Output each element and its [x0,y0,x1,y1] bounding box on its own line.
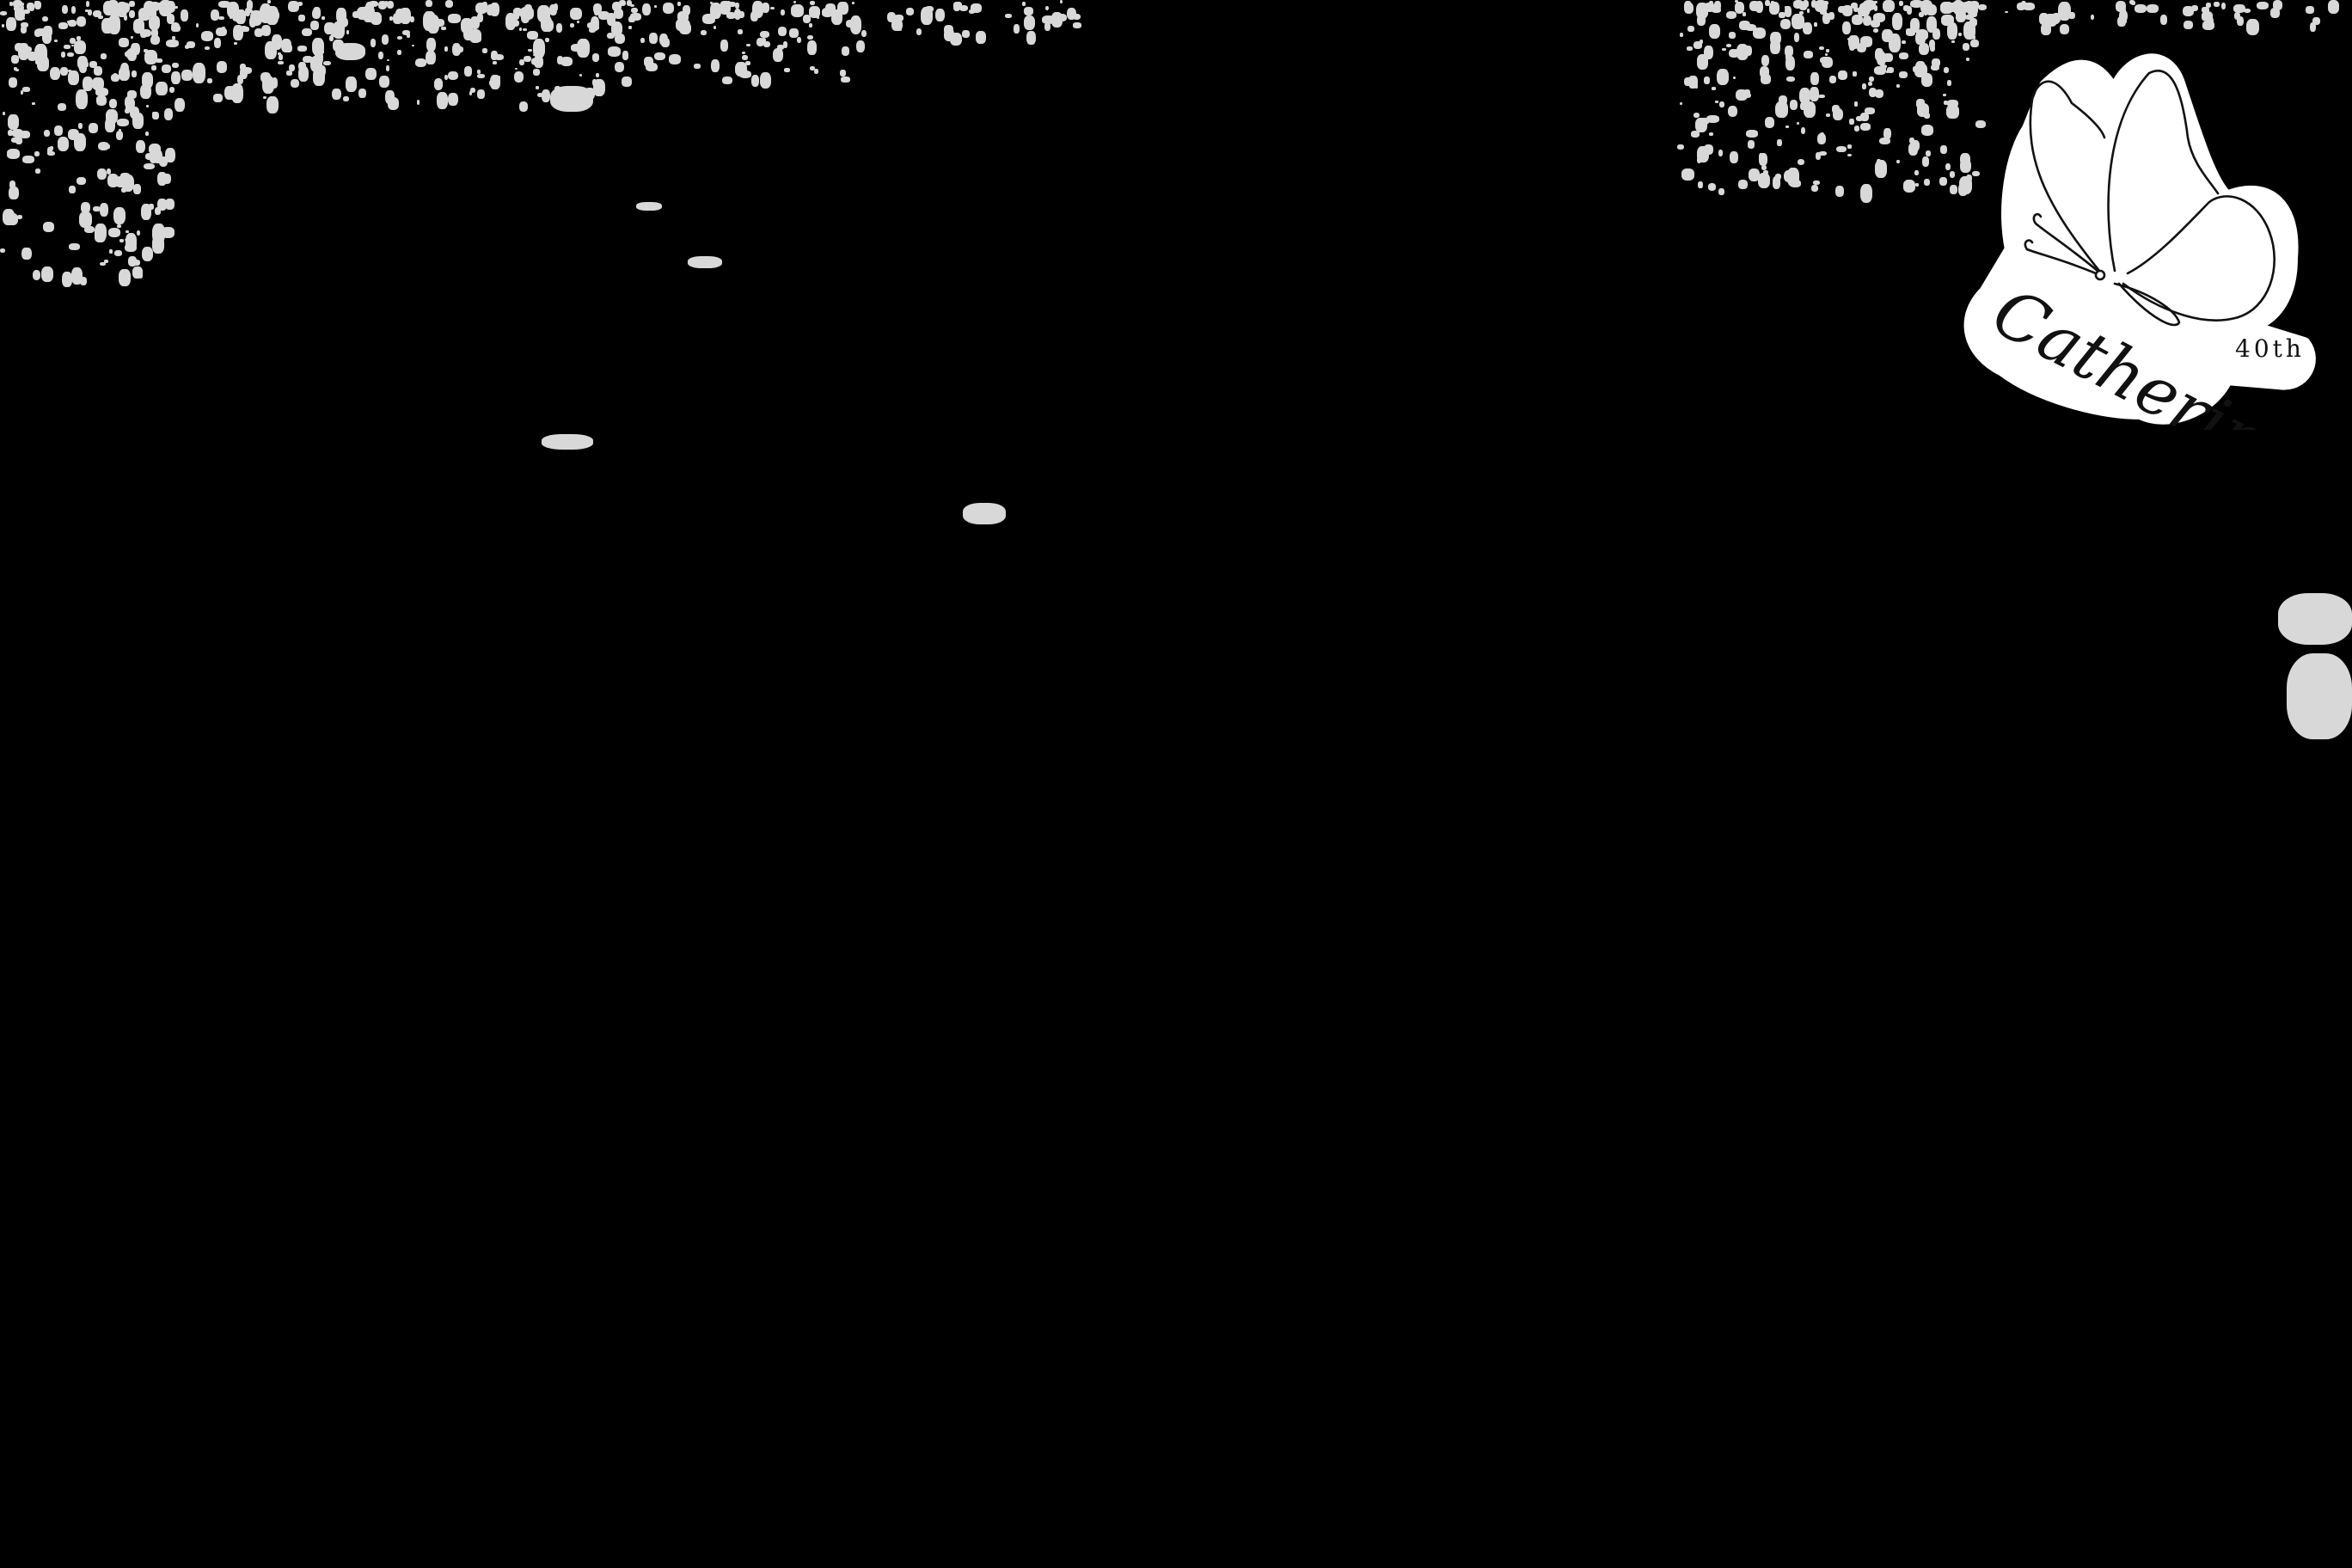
logo-occasion-text: 40th [2235,334,2305,363]
catherines-40th-logo: Catherine's 40th [1951,34,2321,430]
